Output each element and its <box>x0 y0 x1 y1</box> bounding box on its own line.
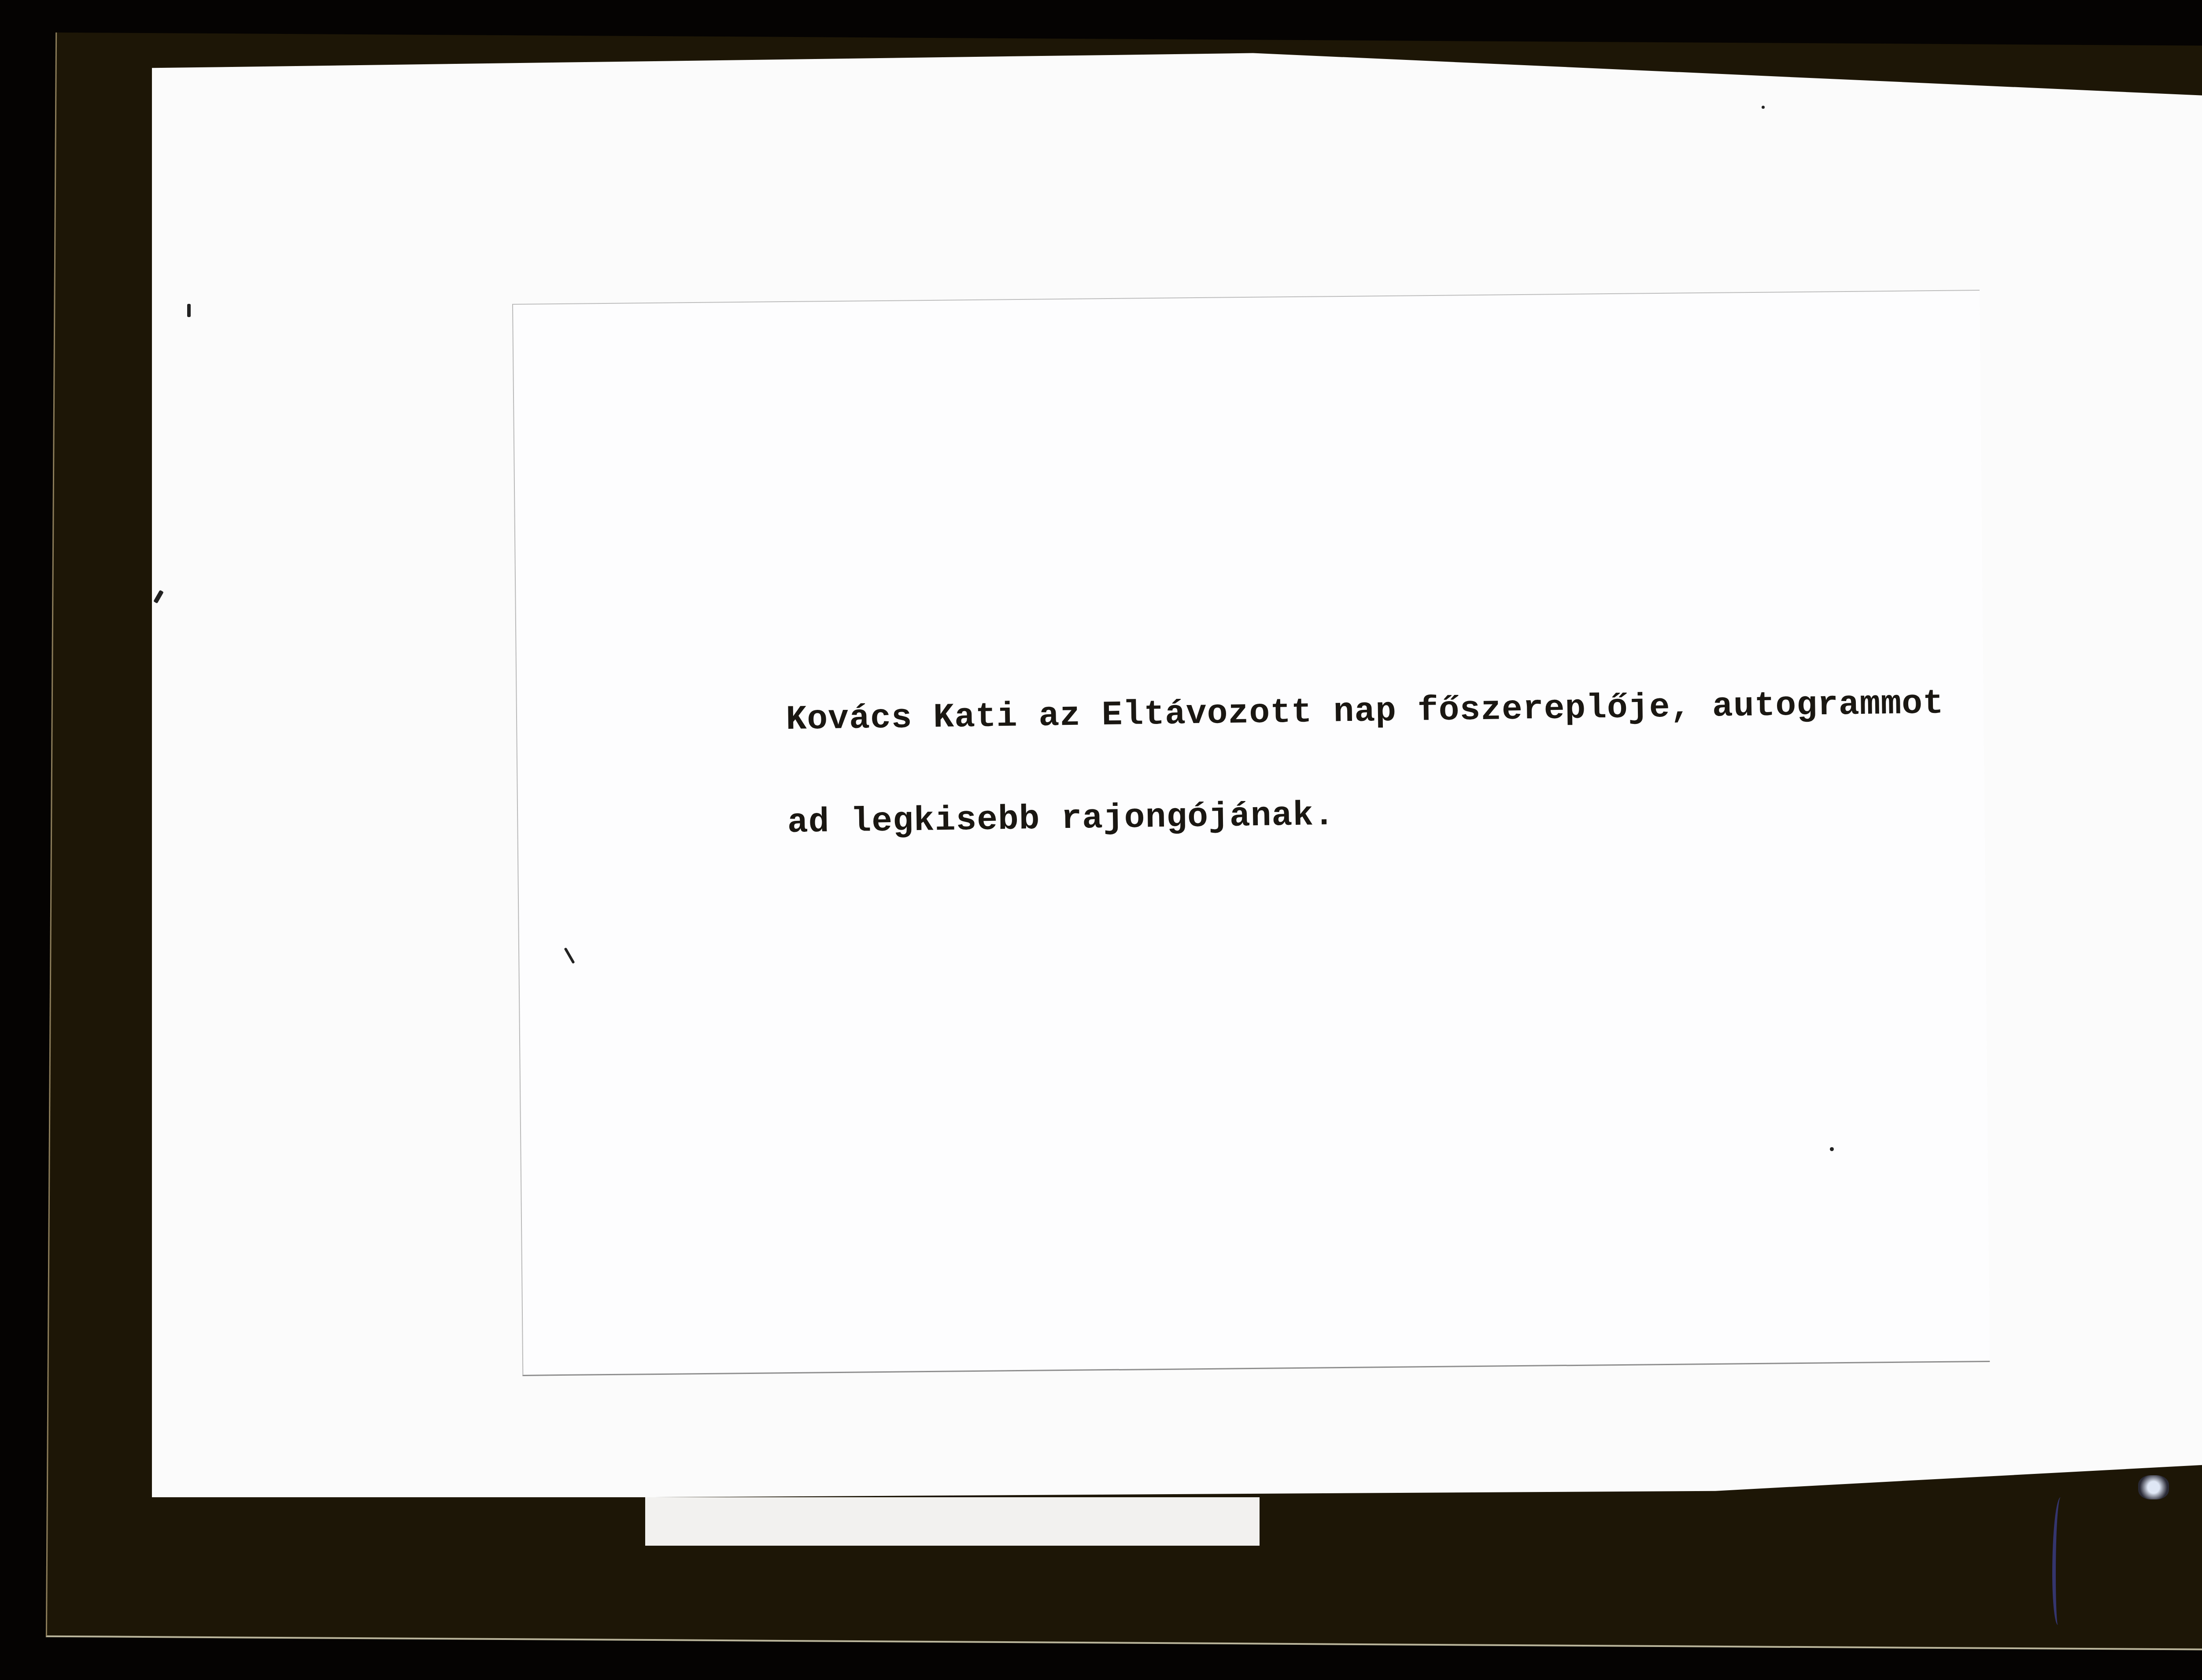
dust-speck <box>1762 106 1765 109</box>
typed-caption: Kovács Kati az Eltávozott nap főszereplő… <box>785 618 1946 875</box>
dust-speck <box>1830 1147 1834 1151</box>
paper-bottom-gap-left <box>152 1497 645 1550</box>
dust-speck <box>187 304 191 317</box>
paper-bottom-tab <box>645 1497 1260 1546</box>
caption-line-2: ad legkisebb rajongójának. <box>787 790 1945 840</box>
caption-line-1: Kovács Kati az Eltávozott nap főszereplő… <box>786 687 1944 737</box>
paper-tear <box>2138 1475 2169 1499</box>
